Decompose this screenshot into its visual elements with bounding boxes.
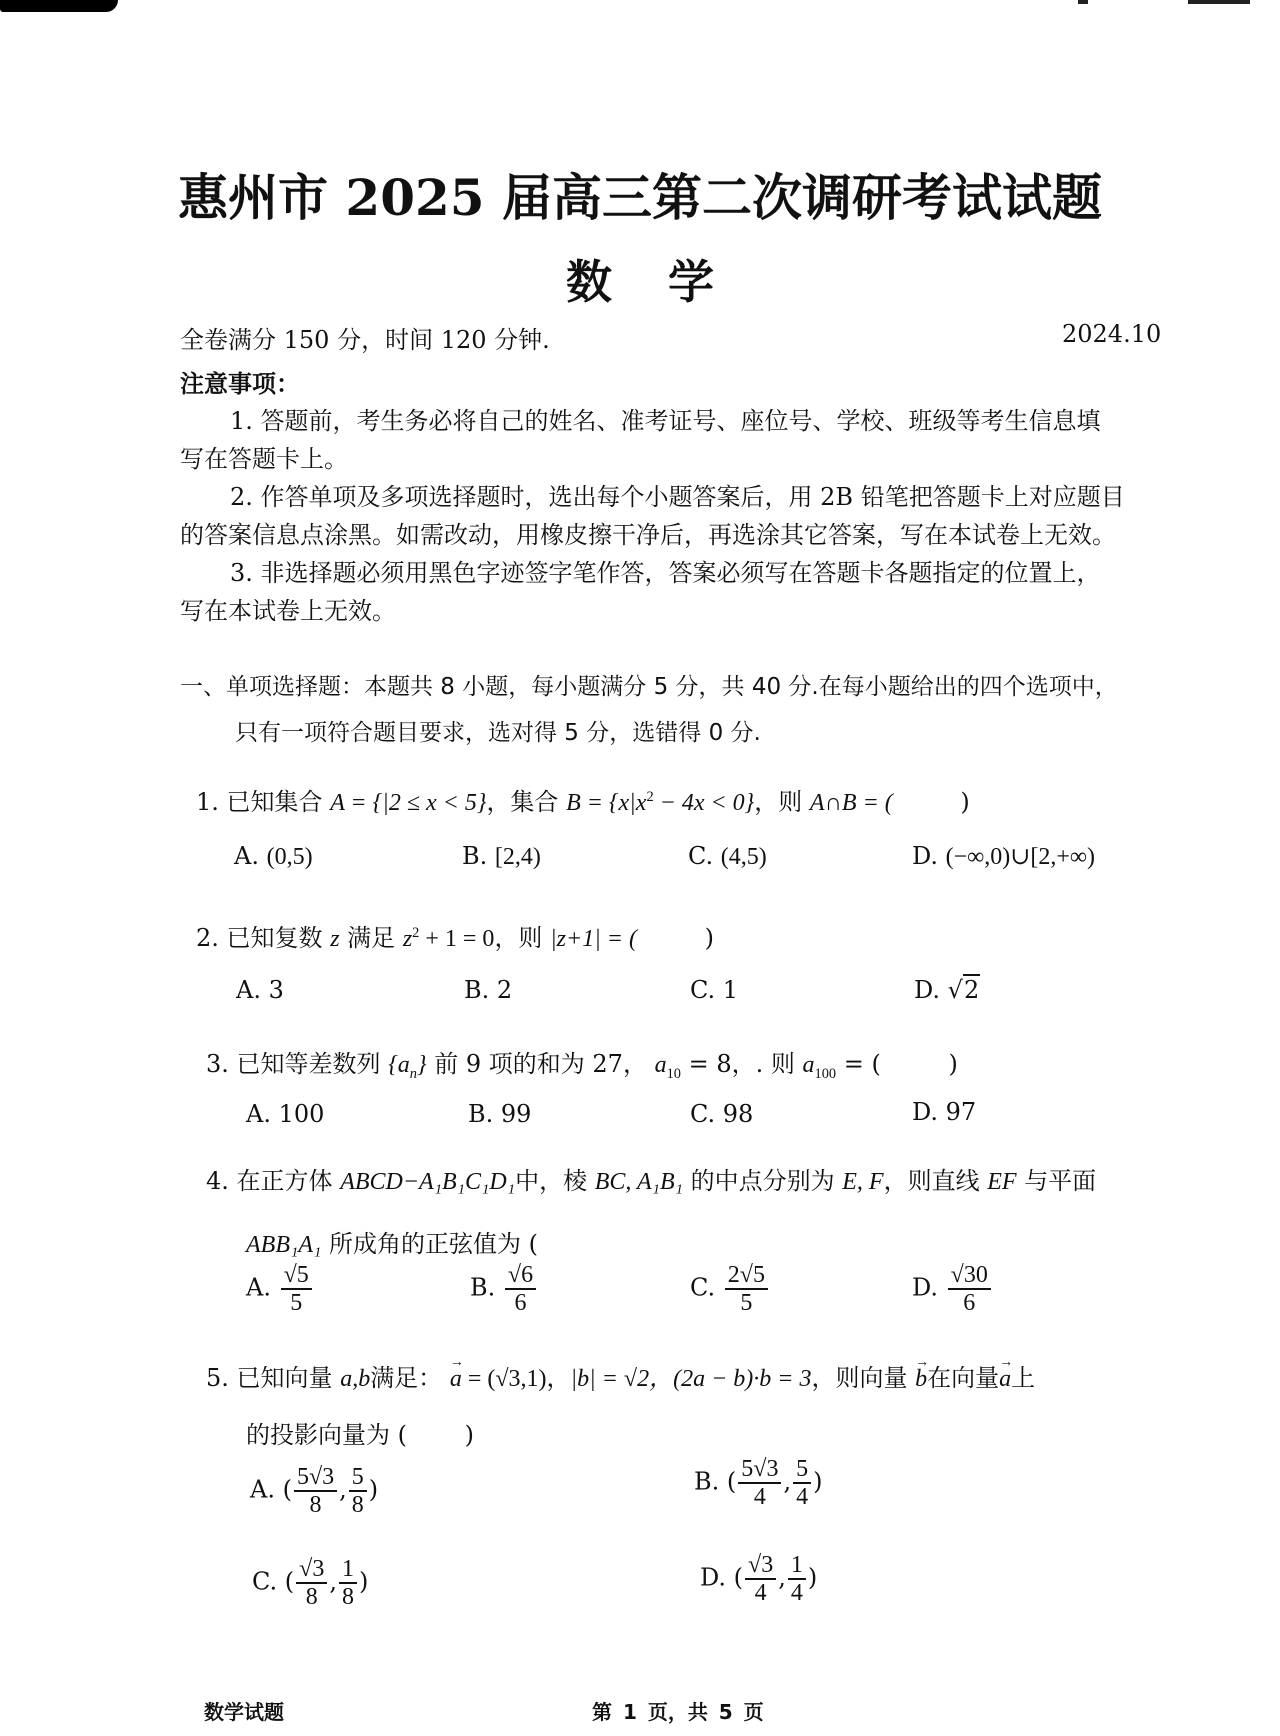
exam-title: 惠州市 2025 届高三第二次调研考试试题 <box>0 158 1280 230</box>
stem-text: 在向量 <box>927 1364 999 1392</box>
stem-text: ，集合 <box>486 788 558 816</box>
option-value: 97 <box>946 1098 977 1126</box>
stem-text: 的投影向量为 ( <box>246 1421 407 1449</box>
option-label: C. <box>688 842 713 870</box>
stem-text: ) <box>465 1421 474 1449</box>
option-label: A. <box>250 1476 275 1504</box>
math-expr: |2 ≤ x < 5} <box>382 790 486 816</box>
numerator: 5√3 <box>294 1464 337 1492</box>
option-label: D. <box>912 1274 938 1302</box>
question-1-option-a: A. (0,5) <box>234 842 313 871</box>
numerator: 1 <box>339 1556 357 1584</box>
option-value: [2,4) <box>495 844 541 870</box>
question-number: 3. <box>206 1050 229 1078</box>
stem-text: 前 9 项的和为 27， <box>434 1050 647 1078</box>
math-expr: z <box>403 926 412 952</box>
option-value: 99 <box>501 1100 532 1128</box>
fraction: √55 <box>281 1262 312 1316</box>
option-value: 1 <box>723 976 738 1004</box>
question-2-option-b: B. 2 <box>464 976 512 1004</box>
question-4-option-b: B. √66 <box>470 1262 538 1316</box>
stem-text: 满足： <box>370 1364 442 1392</box>
denominator: 6 <box>511 1290 529 1316</box>
math-expr: |z+1| = ( <box>550 926 637 952</box>
denominator: 4 <box>751 1484 769 1510</box>
option-label: B. <box>694 1468 719 1496</box>
question-number: 4. <box>206 1167 229 1195</box>
numerator: √3 <box>296 1556 327 1584</box>
notice-line: 的答案信息点涂黑。如需改动，用橡皮擦干净后，再选涂其它答案，写在本试卷上无效。 <box>180 521 1116 549</box>
denominator: 4 <box>752 1580 770 1606</box>
stem-text: 已知复数 <box>227 924 323 952</box>
option-label: D. <box>914 976 940 1004</box>
math-expr: 100 <box>815 1066 837 1082</box>
numerator: 5 <box>349 1464 367 1492</box>
question-number: 5. <box>206 1364 229 1392</box>
stem-text: 已知向量 <box>237 1364 333 1392</box>
question-2-option-d: D. √2 <box>914 976 980 1004</box>
math-expr: {a <box>388 1052 410 1078</box>
question-2-option-c: C. 1 <box>690 976 738 1004</box>
numerator: √30 <box>948 1262 991 1290</box>
option-value: 2 <box>963 974 980 1004</box>
fraction: 5√38 <box>294 1464 337 1518</box>
section-1-instructions: 一、单项选择题：本题共 8 小题，每小题满分 5 分，共 40 分.在每小题给出… <box>180 664 1180 756</box>
math-expr: a <box>803 1052 815 1078</box>
option-label: D. <box>700 1564 726 1592</box>
question-5-option-d: D. (√34,14) <box>700 1552 817 1606</box>
denominator: 6 <box>960 1290 978 1316</box>
exam-subject: 数 学 <box>0 246 1280 312</box>
denominator: 8 <box>307 1492 325 1518</box>
score-time-info: 全卷满分 150 分，时间 120 分钟. <box>180 320 550 355</box>
math-expr: z <box>330 926 339 952</box>
stem-text: 上 <box>1011 1364 1035 1392</box>
stem-text: ，则 <box>754 788 802 816</box>
question-3-option-b: B. 99 <box>468 1100 531 1128</box>
option-label: D. <box>912 842 938 870</box>
option-label: B. <box>468 1100 493 1128</box>
fraction: √66 <box>505 1262 536 1316</box>
math-expr: E, F <box>842 1169 883 1195</box>
notice-item-2: 2. 作答单项及多项选择题时，选出每个小题答案后，用 2B 铅笔把答题卡上对应题… <box>180 478 1160 554</box>
math-expr: EF <box>987 1169 1016 1195</box>
math-expr: A = { <box>330 790 382 816</box>
question-2-option-a: A. 3 <box>236 976 284 1004</box>
option-label: B. <box>464 976 489 1004</box>
vector-b: b <box>915 1351 927 1407</box>
stem-text: 与平面 <box>1024 1167 1096 1195</box>
scan-artifact <box>1078 0 1088 4</box>
option-value: (0,5) <box>267 844 313 870</box>
question-2-stem: 2. 已知复数 z 满足 z2 + 1 = 0，则 |z+1| = ( ) <box>196 918 714 953</box>
option-label: A. <box>246 1274 271 1302</box>
question-1-option-d: D. (−∞,0)∪[2,+∞) <box>912 842 1095 871</box>
fraction: √38 <box>296 1556 327 1610</box>
math-expr: = 8，. 则 <box>681 1050 795 1078</box>
stem-text: 所成角的正弦值为 ( <box>329 1230 538 1258</box>
option-label: B. <box>462 842 487 870</box>
numerator: √3 <box>745 1552 776 1580</box>
stem-text: ) <box>949 1050 958 1078</box>
fraction: 54 <box>793 1456 811 1510</box>
option-label: B. <box>470 1274 495 1302</box>
notice-line: 2. 作答单项及多项选择题时，选出每个小题答案后，用 2B 铅笔把答题卡上对应题… <box>230 483 1125 511</box>
question-5-stem: 5. 已知向量 a,b满足： a = (√3,1)，|b| = √2，(2a −… <box>206 1350 1035 1463</box>
denominator: 8 <box>339 1584 357 1610</box>
stem-text: ，则 <box>494 924 542 952</box>
notice-line: 写在本试卷上无效。 <box>180 597 396 625</box>
notice-line: 写在答题卡上。 <box>180 445 348 473</box>
stem-text: 已知等差数列 <box>237 1050 381 1078</box>
option-value: 3 <box>269 976 284 1004</box>
footer-page-number: 第 1 页，共 5 页 <box>592 1696 764 1725</box>
fraction: 14 <box>788 1552 806 1606</box>
denominator: 8 <box>349 1492 367 1518</box>
question-4-option-c: C. 2√55 <box>690 1262 770 1316</box>
notice-heading: 注意事项： <box>180 364 300 399</box>
question-number: 1. <box>196 788 219 816</box>
math-expr: (2a − b)·b = 3 <box>673 1366 811 1392</box>
stem-text: 的中点分别为 <box>691 1167 835 1195</box>
math-expr: ABCD−A₁B₁C₁D₁ <box>340 1169 515 1195</box>
exam-date: 2024.10 <box>1062 320 1161 348</box>
numerator: √6 <box>505 1262 536 1290</box>
question-number: 2. <box>196 924 219 952</box>
option-value: 98 <box>723 1100 754 1128</box>
notice-line: 1. 答题前，考生务必将自己的姓名、准考证号、座位号、学校、班级等考生信息填 <box>230 407 1101 435</box>
question-3-stem: 3. 已知等差数列 {an} 前 9 项的和为 27， a10 = 8，. 则 … <box>206 1044 958 1083</box>
stem-text: ) <box>705 924 714 952</box>
question-4-option-d: D. √306 <box>912 1262 993 1316</box>
notice-line: 3. 非选择题必须用黑色字迹签字笔作答，答案必须写在答题卡各题指定的位置上， <box>230 559 1101 587</box>
section-line: 一、单项选择题：本题共 8 小题，每小题满分 5 分，共 40 分.在每小题给出… <box>180 664 1180 710</box>
vector-a: a <box>999 1351 1011 1407</box>
stem-text: 满足 <box>347 924 395 952</box>
denominator: 4 <box>793 1484 811 1510</box>
scan-artifact <box>1188 0 1250 4</box>
denominator: 4 <box>788 1580 806 1606</box>
math-expr: 2 <box>646 789 653 805</box>
math-expr: = (√3,1)， <box>462 1366 571 1392</box>
fraction: √306 <box>948 1262 991 1316</box>
stem-text: 中，棱 <box>515 1167 587 1195</box>
option-value: 2 <box>497 976 512 1004</box>
denominator: 5 <box>737 1290 755 1316</box>
math-expr: a <box>655 1052 667 1078</box>
denominator: 8 <box>303 1584 321 1610</box>
option-label: C. <box>252 1568 277 1596</box>
notice-item-3: 3. 非选择题必须用黑色字迹签字笔作答，答案必须写在答题卡各题指定的位置上， 写… <box>180 554 1160 630</box>
stem-text: ，则向量 <box>811 1364 907 1392</box>
option-value: (−∞,0)∪[2,+∞) <box>946 844 1095 870</box>
math-expr: 10 <box>667 1066 681 1082</box>
option-label: C. <box>690 1274 715 1302</box>
stem-text: 在正方体 <box>237 1167 333 1195</box>
option-label: D. <box>912 1098 938 1126</box>
question-1-option-b: B. [2,4) <box>462 842 541 871</box>
question-5-option-b: B. (5√34,54) <box>694 1456 822 1510</box>
question-1-option-c: C. (4,5) <box>688 842 767 871</box>
numerator: 2√5 <box>725 1262 768 1290</box>
question-4-stem: 4. 在正方体 ABCD−A₁B₁C₁D₁中，棱 BC, A₁B₁ 的中点分别为… <box>206 1150 1096 1276</box>
math-expr: − 4x < 0} <box>654 790 755 816</box>
math-expr: ABB₁A₁ <box>246 1232 321 1258</box>
stem-text: 已知集合 <box>227 788 323 816</box>
denominator: 5 <box>287 1290 305 1316</box>
math-expr: a,b <box>340 1366 370 1392</box>
math-expr: |b| = √2， <box>571 1366 674 1392</box>
question-3-option-c: C. 98 <box>690 1100 753 1128</box>
option-value: 100 <box>279 1100 325 1128</box>
question-3-option-a: A. 100 <box>246 1100 324 1128</box>
math-expr: n <box>410 1066 417 1082</box>
vector-a: a <box>450 1351 462 1407</box>
stem-text: ) <box>960 788 969 816</box>
option-label: A. <box>246 1100 271 1128</box>
numerator: √5 <box>281 1262 312 1290</box>
fraction: 18 <box>339 1556 357 1610</box>
question-5-option-c: C. (√38,18) <box>252 1556 368 1610</box>
notice-item-1: 1. 答题前，考生务必将自己的姓名、准考证号、座位号、学校、班级等考生信息填 写… <box>180 402 1160 478</box>
fraction: 58 <box>349 1464 367 1518</box>
option-label: A. <box>236 976 261 1004</box>
footer-subject: 数学试题 <box>204 1696 284 1725</box>
stem-text: ，则直线 <box>884 1167 980 1195</box>
math-expr: BC, A₁B₁ <box>595 1169 683 1195</box>
fraction: √34 <box>745 1552 776 1606</box>
math-expr: B = {x|x <box>566 790 646 816</box>
section-line: 只有一项符合题目要求，选对得 5 分，选错得 0 分. <box>180 710 1180 756</box>
option-value: (4,5) <box>721 844 767 870</box>
fraction: 2√55 <box>725 1262 768 1316</box>
option-label: C. <box>690 1100 715 1128</box>
question-4-option-a: A. √55 <box>246 1262 314 1316</box>
numerator: 5√3 <box>738 1456 781 1484</box>
math-expr: + 1 = 0 <box>419 926 494 952</box>
option-label: C. <box>690 976 715 1004</box>
question-3-option-d: D. 97 <box>912 1098 976 1126</box>
numerator: 5 <box>793 1456 811 1484</box>
option-label: A. <box>234 842 259 870</box>
question-1-stem: 1. 已知集合 A = {|2 ≤ x < 5}，集合 B = {x|x2 − … <box>196 782 970 817</box>
scan-artifact <box>0 0 118 12</box>
math-expr: } <box>417 1052 427 1078</box>
math-expr: = ( <box>836 1050 881 1078</box>
math-expr: A∩B = ( <box>810 790 893 816</box>
numerator: 1 <box>788 1552 806 1580</box>
fraction: 5√34 <box>738 1456 781 1510</box>
question-5-option-a: A. (5√38,58) <box>250 1464 378 1518</box>
